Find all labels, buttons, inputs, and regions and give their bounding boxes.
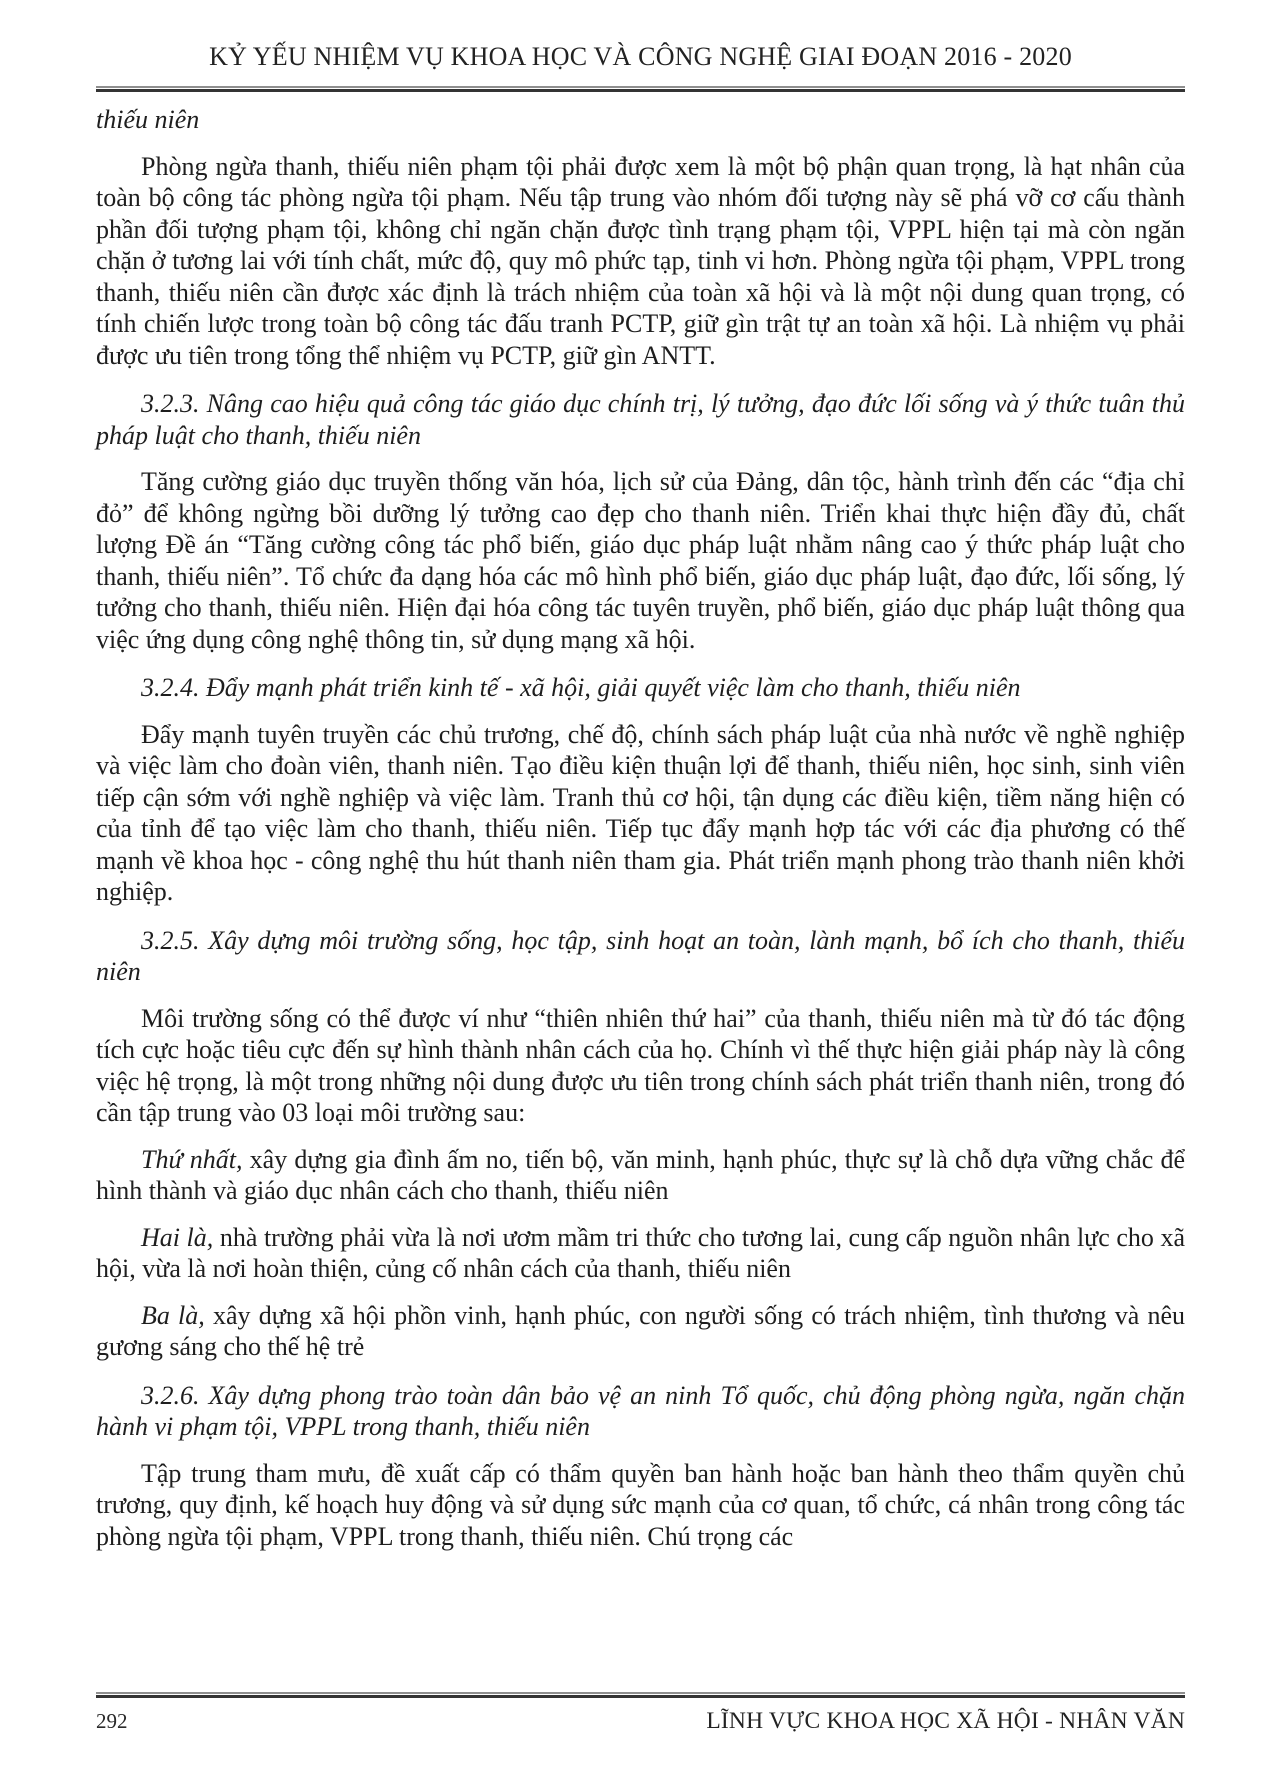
list-item-first-lead: Thứ nhất, — [141, 1145, 243, 1174]
list-item-first-text: xây dựng gia đình ấm no, tiến bộ, văn mi… — [96, 1145, 1185, 1206]
section-heading-3-2-6: 3.2.6. Xây dựng phong trào toàn dân bảo … — [96, 1380, 1185, 1443]
section-heading-3-2-4: 3.2.4. Đẩy mạnh phát triển kinh tế - xã … — [96, 672, 1185, 704]
list-item-third-lead: Ba là, — [141, 1301, 205, 1330]
document-page: { "header": { "title": "KỶ YẾU NHIỆM VỤ … — [0, 0, 1275, 1789]
footer-divider-dark-line — [96, 1695, 1185, 1698]
heading-continuation: thiếu niên — [96, 104, 1185, 136]
list-item-second-text: nhà trường phải vừa là nơi ươm mầm tri t… — [96, 1223, 1185, 1284]
section-heading-3-2-3: 3.2.3. Nâng cao hiệu quả công tác giáo d… — [96, 388, 1185, 451]
list-item-third-text: xây dựng xã hội phồn vinh, hạnh phúc, co… — [96, 1301, 1185, 1362]
list-item-third: Ba là, xây dựng xã hội phồn vinh, hạnh p… — [96, 1300, 1185, 1363]
list-item-second: Hai là, nhà trường phải vừa là nơi ươm m… — [96, 1222, 1185, 1285]
section-heading-3-2-5: 3.2.5. Xây dựng môi trường sống, học tập… — [96, 925, 1185, 988]
footer-section-title: LĨNH VỰC KHOA HỌC XÃ HỘI - NHÂN VĂN — [706, 1708, 1185, 1735]
footer-divider — [96, 1692, 1185, 1698]
page-number: 292 — [96, 1709, 128, 1734]
running-header-title: KỶ YẾU NHIỆM VỤ KHOA HỌC VÀ CÔNG NGHỆ GI… — [96, 42, 1185, 72]
paragraph-environment: Môi trường sống có thể được ví như “thiê… — [96, 1003, 1185, 1129]
paragraph-economy-jobs: Đẩy mạnh tuyên truyền các chủ trương, ch… — [96, 719, 1185, 908]
page-header: KỶ YẾU NHIỆM VỤ KHOA HỌC VÀ CÔNG NGHỆ GI… — [96, 42, 1185, 72]
footer-divider-light-line — [96, 1692, 1185, 1694]
header-divider-light-line — [96, 86, 1185, 88]
paragraph-mobilization: Tập trung tham mưu, đề xuất cấp có thẩm … — [96, 1458, 1185, 1553]
document-body: thiếu niên Phòng ngừa thanh, thiếu niên … — [96, 104, 1185, 1552]
list-item-first: Thứ nhất, xây dựng gia đình ấm no, tiến … — [96, 1144, 1185, 1207]
list-item-second-lead: Hai là, — [141, 1223, 213, 1252]
header-divider — [96, 86, 1185, 92]
paragraph-education: Tăng cường giáo dục truyền thống văn hóa… — [96, 466, 1185, 655]
paragraph-crime-prevention: Phòng ngừa thanh, thiếu niên phạm tội ph… — [96, 151, 1185, 372]
header-divider-dark-line — [96, 89, 1185, 92]
page-footer: 292 LĨNH VỰC KHOA HỌC XÃ HỘI - NHÂN VĂN — [96, 1708, 1185, 1735]
